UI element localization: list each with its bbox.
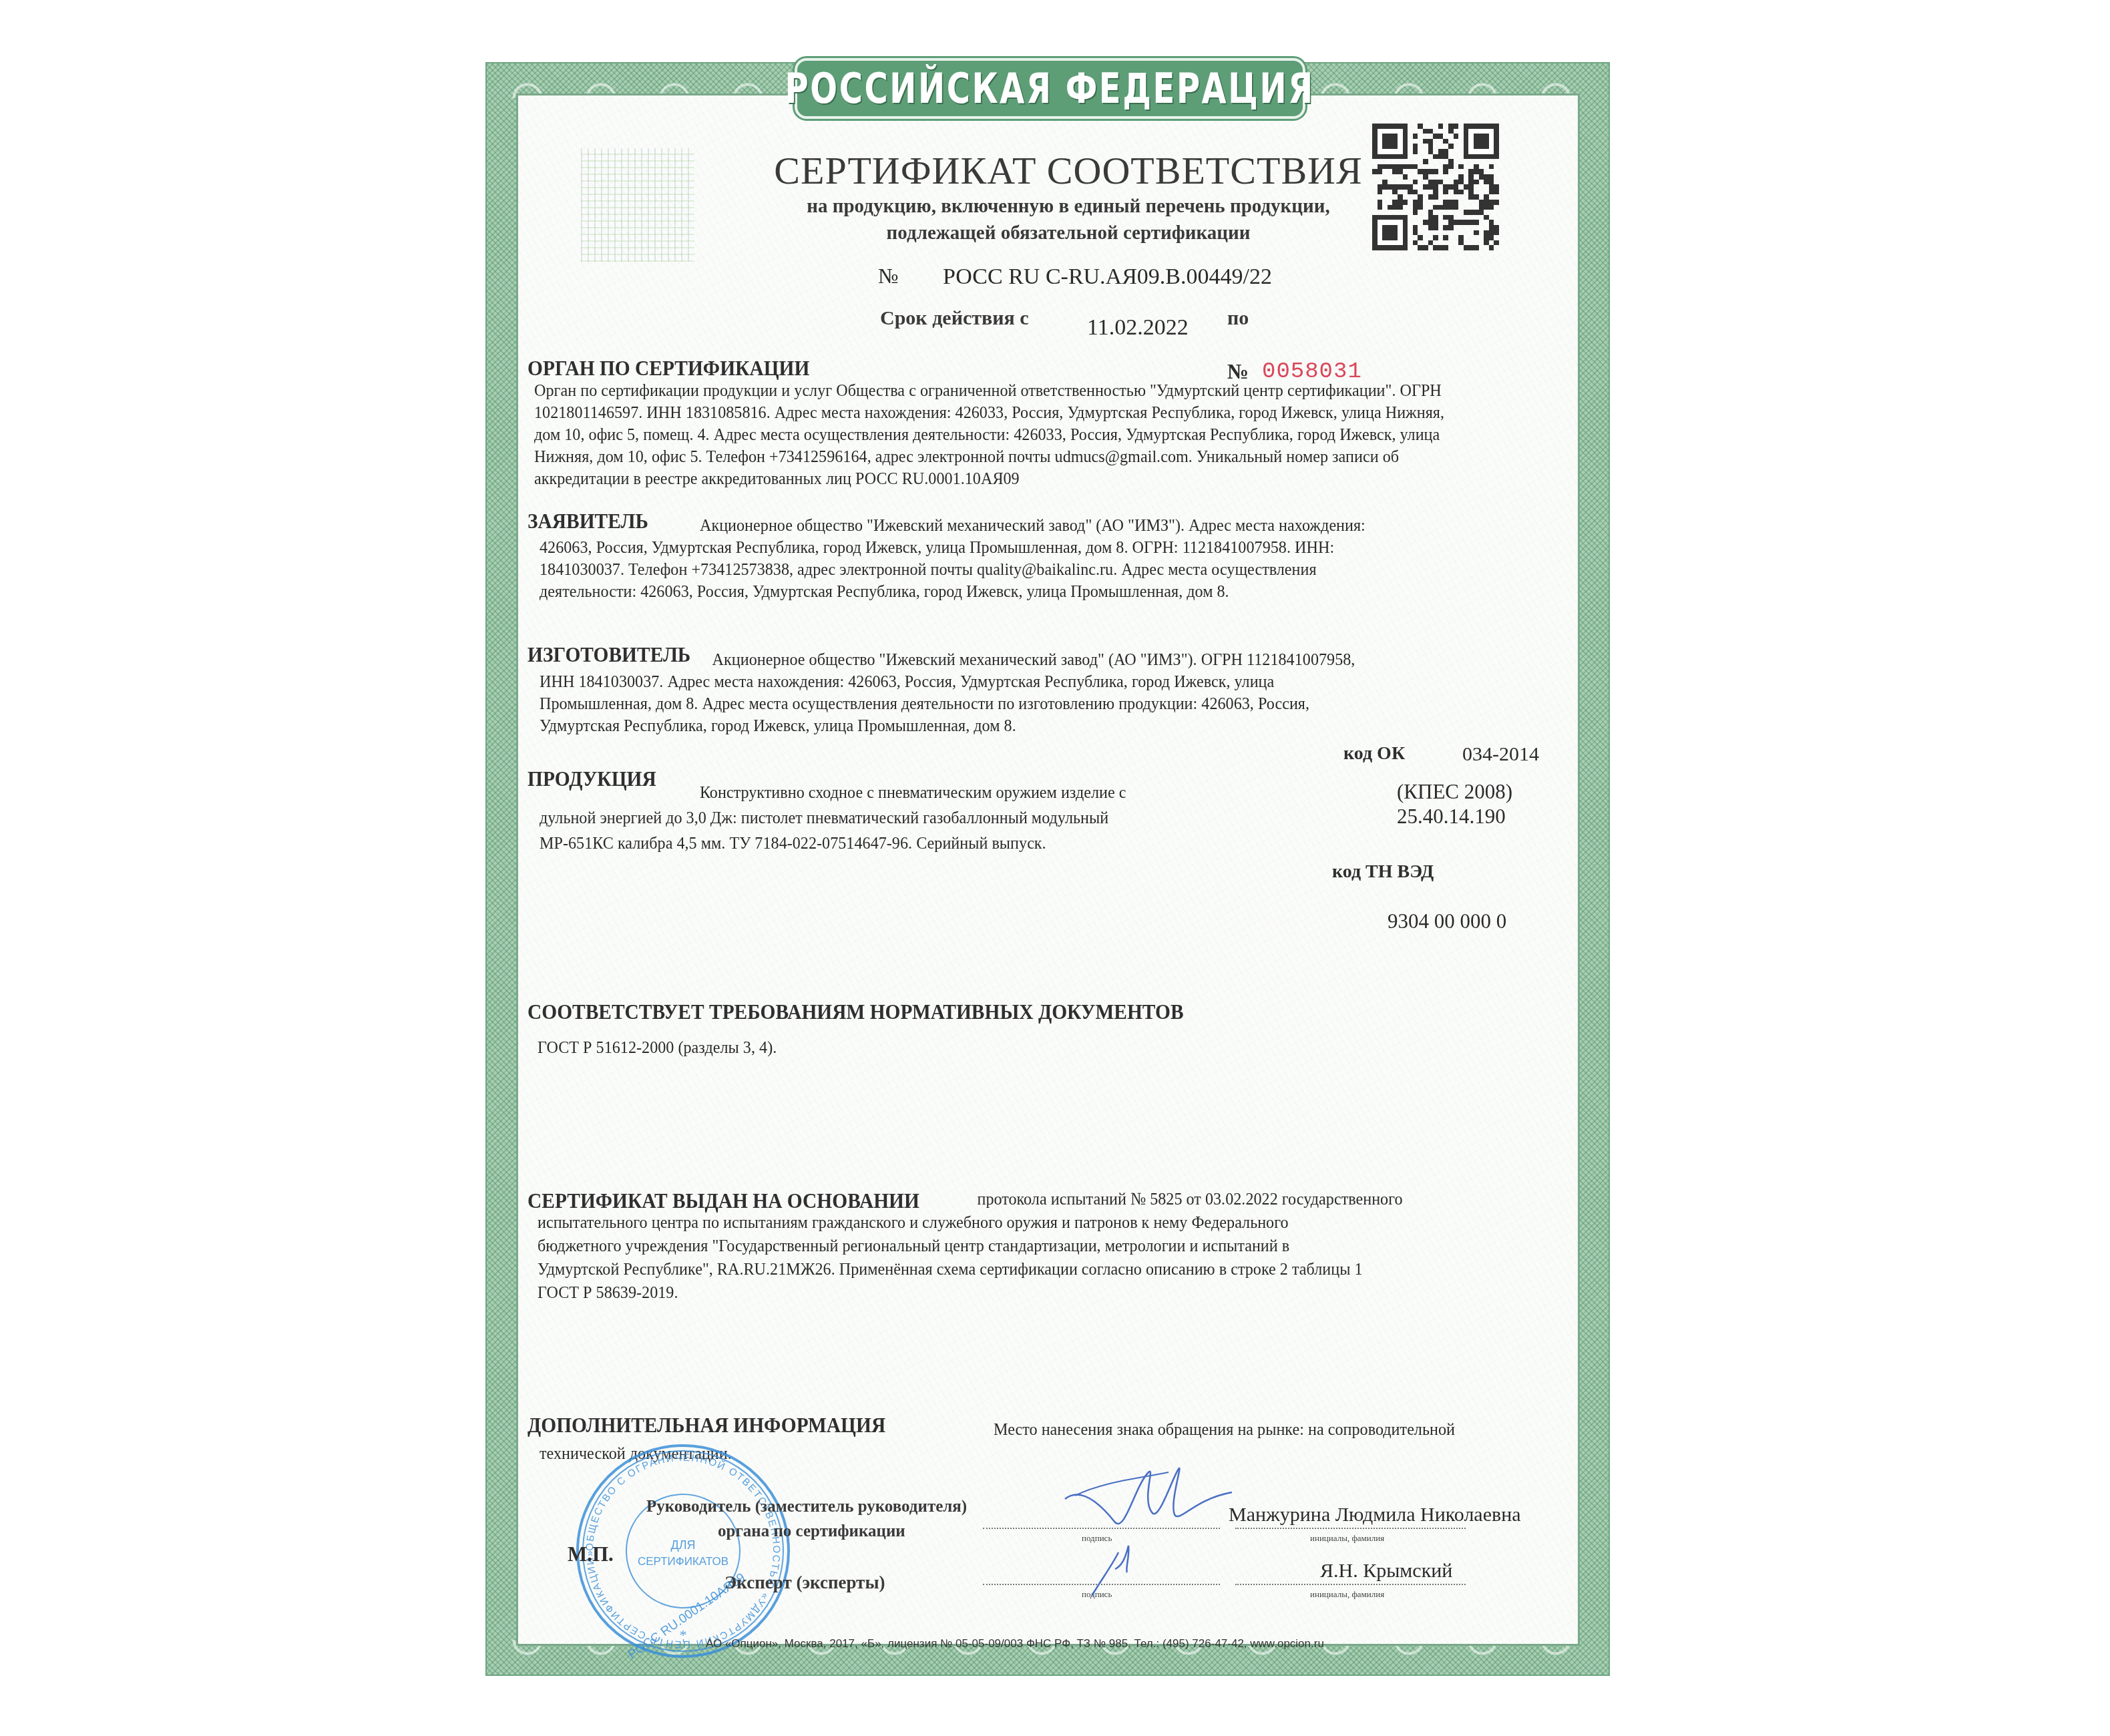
printer-imprint: АО «Опцион», Москва, 2017, «Б», лицензия… <box>706 1637 1324 1651</box>
expert-signature-scribble <box>1082 1539 1162 1599</box>
expert-role: Эксперт (эксперты) <box>724 1572 885 1593</box>
certificate-number: РОСС RU C-RU.АЯ09.В.00449/22 <box>943 264 1272 290</box>
applicant-details: Акционерное общество "Ижевский механичес… <box>540 514 1508 602</box>
country-banner: РОССИЙСКАЯ ФЕДЕРАЦИЯ <box>795 58 1305 119</box>
text-line: Промышленная, дом 8. Адрес места осущест… <box>540 692 1508 714</box>
additional-text-line1: Место нанесения знака обращения на рынке… <box>994 1418 1455 1440</box>
text-line: бюджетного учреждения "Государственный р… <box>538 1234 1506 1257</box>
ok-code-value: 25.40.14.190 <box>1397 805 1506 829</box>
stamp-center-line2: СЕРТИФИКАТОВ <box>638 1555 728 1568</box>
additional-heading: ДОПОЛНИТЕЛЬНАЯ ИНФОРМАЦИЯ <box>527 1413 885 1438</box>
head-role-line1: Руководитель (заместитель руководителя) <box>646 1498 967 1516</box>
ok-code-standard: 034-2014 <box>1462 743 1539 766</box>
text-line: Акционерное общество "Ижевский механичес… <box>540 648 1508 670</box>
text-line: 1841030037. Телефон +73412573838, адрес … <box>540 558 1508 580</box>
text-line: 1021801146597. ИНН 1831085816. Адрес мес… <box>534 401 1503 423</box>
ok-code-classifier: (КПЕС 2008) <box>1397 780 1512 804</box>
text-line: аккредитации в реестре аккредитованных л… <box>534 467 1503 489</box>
text-line: Конструктивно сходное с пневматическим о… <box>540 780 1285 805</box>
valid-to-label: по <box>1227 307 1249 330</box>
expert-name: Я.Н. Крымский <box>1320 1560 1452 1582</box>
ok-code-label: код ОК <box>1343 743 1405 765</box>
document-subtitle-line2: подлежащей обязательной сертификации <box>734 222 1402 244</box>
text-line: ИНН 1841030037. Адрес места нахождения: … <box>540 670 1508 692</box>
head-name-line <box>1235 1528 1466 1529</box>
text-line: протокола испытаний № 5825 от 03.02.2022… <box>538 1187 1506 1211</box>
expert-name-line <box>1235 1584 1466 1585</box>
document-title: СЕРТИФИКАТ СООТВЕТСТВИЯ <box>734 148 1402 193</box>
text-line: Орган по сертификации продукции и услуг … <box>534 379 1503 401</box>
text-line: ГОСТ Р 58639-2019. <box>538 1281 1506 1304</box>
text-line: Удмуртская Республика, город Ижевск, ули… <box>540 714 1508 736</box>
text-line: МР-651КС калибра 4,5 мм. ТУ 7184-022-075… <box>540 831 1285 856</box>
head-name: Манжурина Людмила Николаевна <box>1229 1504 1521 1526</box>
tnved-code-label: код ТН ВЭД <box>1332 861 1434 883</box>
document-subtitle-line1: на продукцию, включенную в единый перече… <box>734 196 1402 218</box>
banner-text: РОССИЙСКАЯ ФЕДЕРАЦИЯ <box>785 64 1315 113</box>
head-name-caption: инициалы, фамилия <box>1310 1533 1384 1544</box>
hologram-watermark <box>581 148 694 262</box>
valid-from-date: 11.02.2022 <box>1087 315 1189 341</box>
text-line: Нижняя, дом 10, офис 5. Телефон +7341259… <box>534 445 1503 467</box>
conformity-standard: ГОСТ Р 51612-2000 (разделы 3, 4). <box>538 1036 777 1058</box>
product-description: Конструктивно сходное с пневматическим о… <box>540 780 1285 856</box>
manufacturer-details: Акционерное общество "Ижевский механичес… <box>540 648 1508 736</box>
text-line: дульной энергией до 3,0 Дж: пистолет пне… <box>540 805 1285 831</box>
head-role-line2: органа по сертификации <box>718 1522 905 1541</box>
text-line: дом 10, офис 5, помещ. 4. Адрес места ос… <box>534 423 1503 445</box>
validity-label: Срок действия с <box>880 307 1029 330</box>
text-line: деятельности: 426063, Россия, Удмуртская… <box>540 580 1508 602</box>
text-line: 426063, Россия, Удмуртская Республика, г… <box>540 536 1508 558</box>
stamp-center-line1: ДЛЯ <box>670 1538 695 1552</box>
certificate-number-label: № <box>878 264 899 288</box>
basis-details: протокола испытаний № 5825 от 03.02.2022… <box>538 1187 1506 1304</box>
svg-text:*: * <box>680 1626 687 1643</box>
expert-name-caption: инициалы, фамилия <box>1310 1589 1384 1600</box>
tnved-code-value: 9304 00 000 0 <box>1388 909 1506 933</box>
head-signature-scribble <box>1062 1459 1235 1532</box>
conformity-heading: СООТВЕТСТВУЕТ ТРЕБОВАНИЯМ НОРМАТИВНЫХ ДО… <box>527 1000 1184 1024</box>
text-line: Удмуртской Республике", RA.RU.21МЖ26. Пр… <box>538 1257 1506 1281</box>
text-line: Акционерное общество "Ижевский механичес… <box>540 514 1508 536</box>
organ-details: Орган по сертификации продукции и услуг … <box>534 379 1503 489</box>
text-line: испытательного центра по испытаниям граж… <box>538 1211 1506 1234</box>
organ-heading: ОРГАН ПО СЕРТИФИКАЦИИ <box>527 356 809 381</box>
stamp-place-label: М.П. <box>568 1542 614 1566</box>
